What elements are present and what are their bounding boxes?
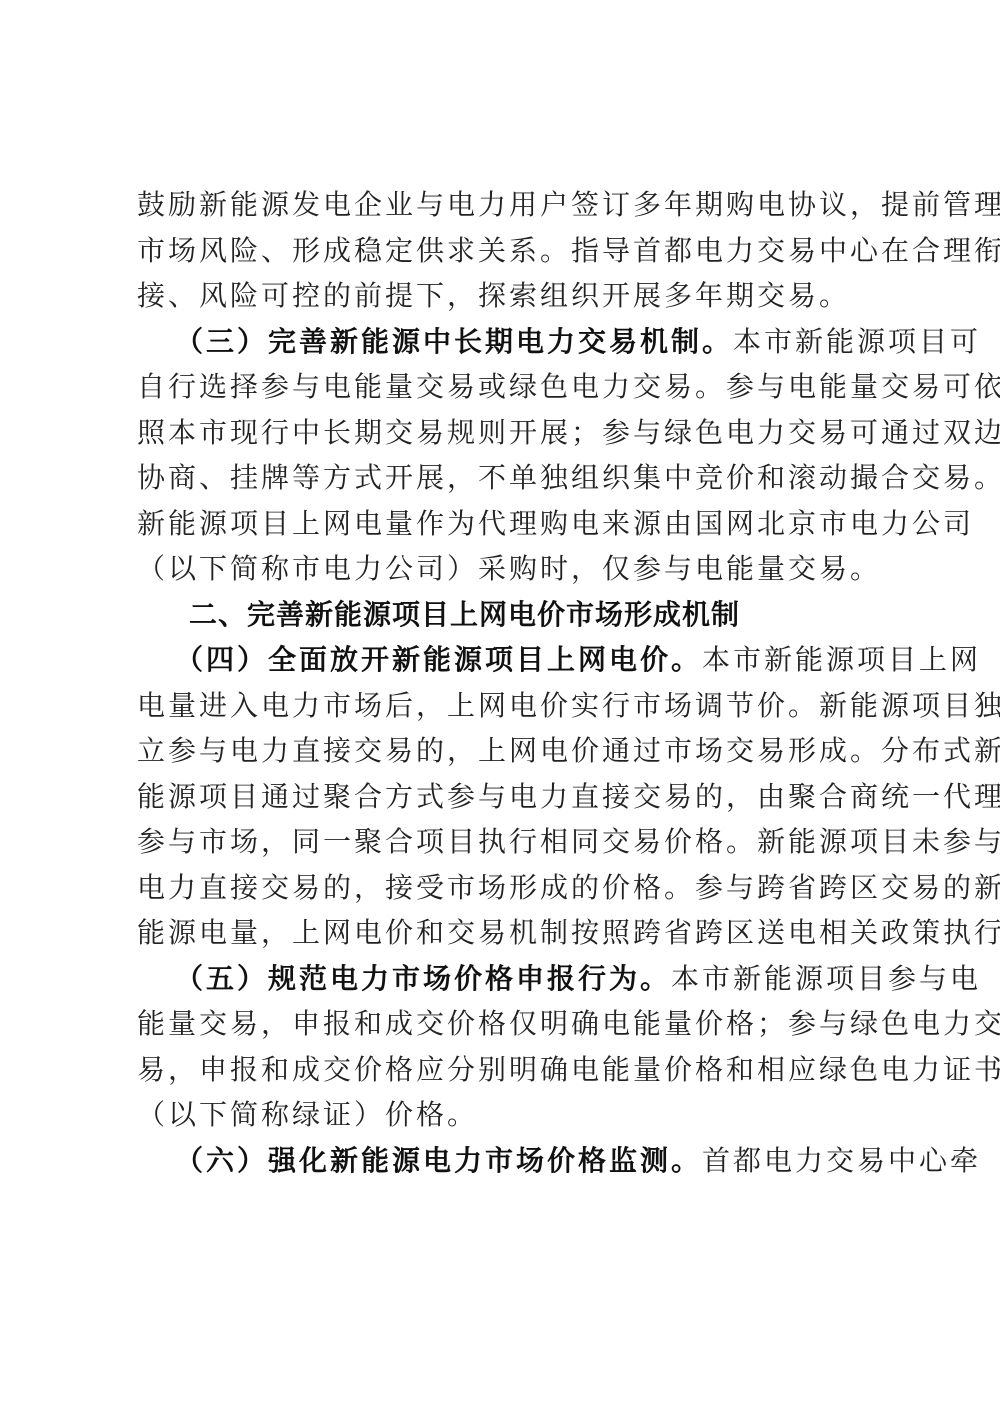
- document-page: 鼓励新能源发电企业与电力用户签订多年期购电协议，提前管理 市场风险、形成稳定供求…: [137, 182, 877, 1183]
- text-line: （以下简称市电力公司）采购时，仅参与电能量交易。: [137, 546, 877, 592]
- text-line: 易，申报和成交价格应分别明确电能量价格和相应绿色电力证书: [137, 1047, 877, 1093]
- text-line: 参与市场，同一聚合项目执行相同交易价格。新能源项目未参与: [137, 819, 877, 865]
- text-line: 立参与电力直接交易的，上网电价通过市场交易形成。分布式新: [137, 728, 877, 774]
- text-line: 电力直接交易的，接受市场形成的价格。参与跨省跨区交易的新: [137, 865, 877, 911]
- text-line: （以下简称绿证）价格。: [137, 1092, 877, 1138]
- paragraph-item-3: （三）完善新能源中长期电力交易机制。本市新能源项目可 自行选择参与电能量交易或绿…: [137, 319, 877, 592]
- text-line: 市场风险、形成稳定供求关系。指导首都电力交易中心在合理衔: [137, 228, 877, 274]
- text-line: 新能源项目上网电量作为代理购电来源由国网北京市电力公司: [137, 501, 877, 547]
- text-line: 自行选择参与电能量交易或绿色电力交易。参与电能量交易可依: [137, 364, 877, 410]
- text-line-first: （六）强化新能源电力市场价格监测。首都电力交易中心牵: [137, 1138, 877, 1184]
- text-line: 能源项目通过聚合方式参与电力直接交易的，由聚合商统一代理: [137, 774, 877, 820]
- paragraph-continued: 鼓励新能源发电企业与电力用户签订多年期购电协议，提前管理 市场风险、形成稳定供求…: [137, 182, 877, 319]
- text-line: 照本市现行中长期交易规则开展；参与绿色电力交易可通过双边: [137, 410, 877, 456]
- paragraph-lead: （五）规范电力市场价格申报行为。: [175, 962, 671, 995]
- text-line: 协商、挂牌等方式开展，不单独组织集中竞价和滚动撮合交易。: [137, 455, 877, 501]
- paragraph-text: 本市新能源项目可: [733, 325, 981, 358]
- text-line-first: （五）规范电力市场价格申报行为。本市新能源项目参与电: [137, 956, 877, 1002]
- paragraph-lead: （四）全面放开新能源项目上网电价。: [175, 643, 702, 676]
- paragraph-item-6: （六）强化新能源电力市场价格监测。首都电力交易中心牵: [137, 1138, 877, 1184]
- text-line: 能量交易，申报和成交价格仅明确电能量价格；参与绿色电力交: [137, 1001, 877, 1047]
- paragraph-text: 首都电力交易中心牵: [702, 1144, 981, 1177]
- section-heading: 二、完善新能源项目上网电价市场形成机制: [137, 592, 877, 638]
- text-line: 接、风险可控的前提下，探索组织开展多年期交易。: [137, 273, 877, 319]
- text-line-first: （三）完善新能源中长期电力交易机制。本市新能源项目可: [137, 319, 877, 365]
- paragraph-text: 本市新能源项目参与电: [671, 962, 981, 995]
- text-line: 能源电量，上网电价和交易机制按照跨省跨区送电相关政策执行。: [137, 910, 877, 956]
- paragraph-item-5: （五）规范电力市场价格申报行为。本市新能源项目参与电 能量交易，申报和成交价格仅…: [137, 956, 877, 1138]
- paragraph-item-4: （四）全面放开新能源项目上网电价。本市新能源项目上网 电量进入电力市场后，上网电…: [137, 637, 877, 956]
- text-line: 鼓励新能源发电企业与电力用户签订多年期购电协议，提前管理: [137, 182, 877, 228]
- paragraph-lead: （六）强化新能源电力市场价格监测。: [175, 1144, 702, 1177]
- paragraph-text: 本市新能源项目上网: [702, 643, 981, 676]
- text-line-first: （四）全面放开新能源项目上网电价。本市新能源项目上网: [137, 637, 877, 683]
- text-line: 电量进入电力市场后，上网电价实行市场调节价。新能源项目独: [137, 683, 877, 729]
- paragraph-lead: （三）完善新能源中长期电力交易机制。: [175, 325, 733, 358]
